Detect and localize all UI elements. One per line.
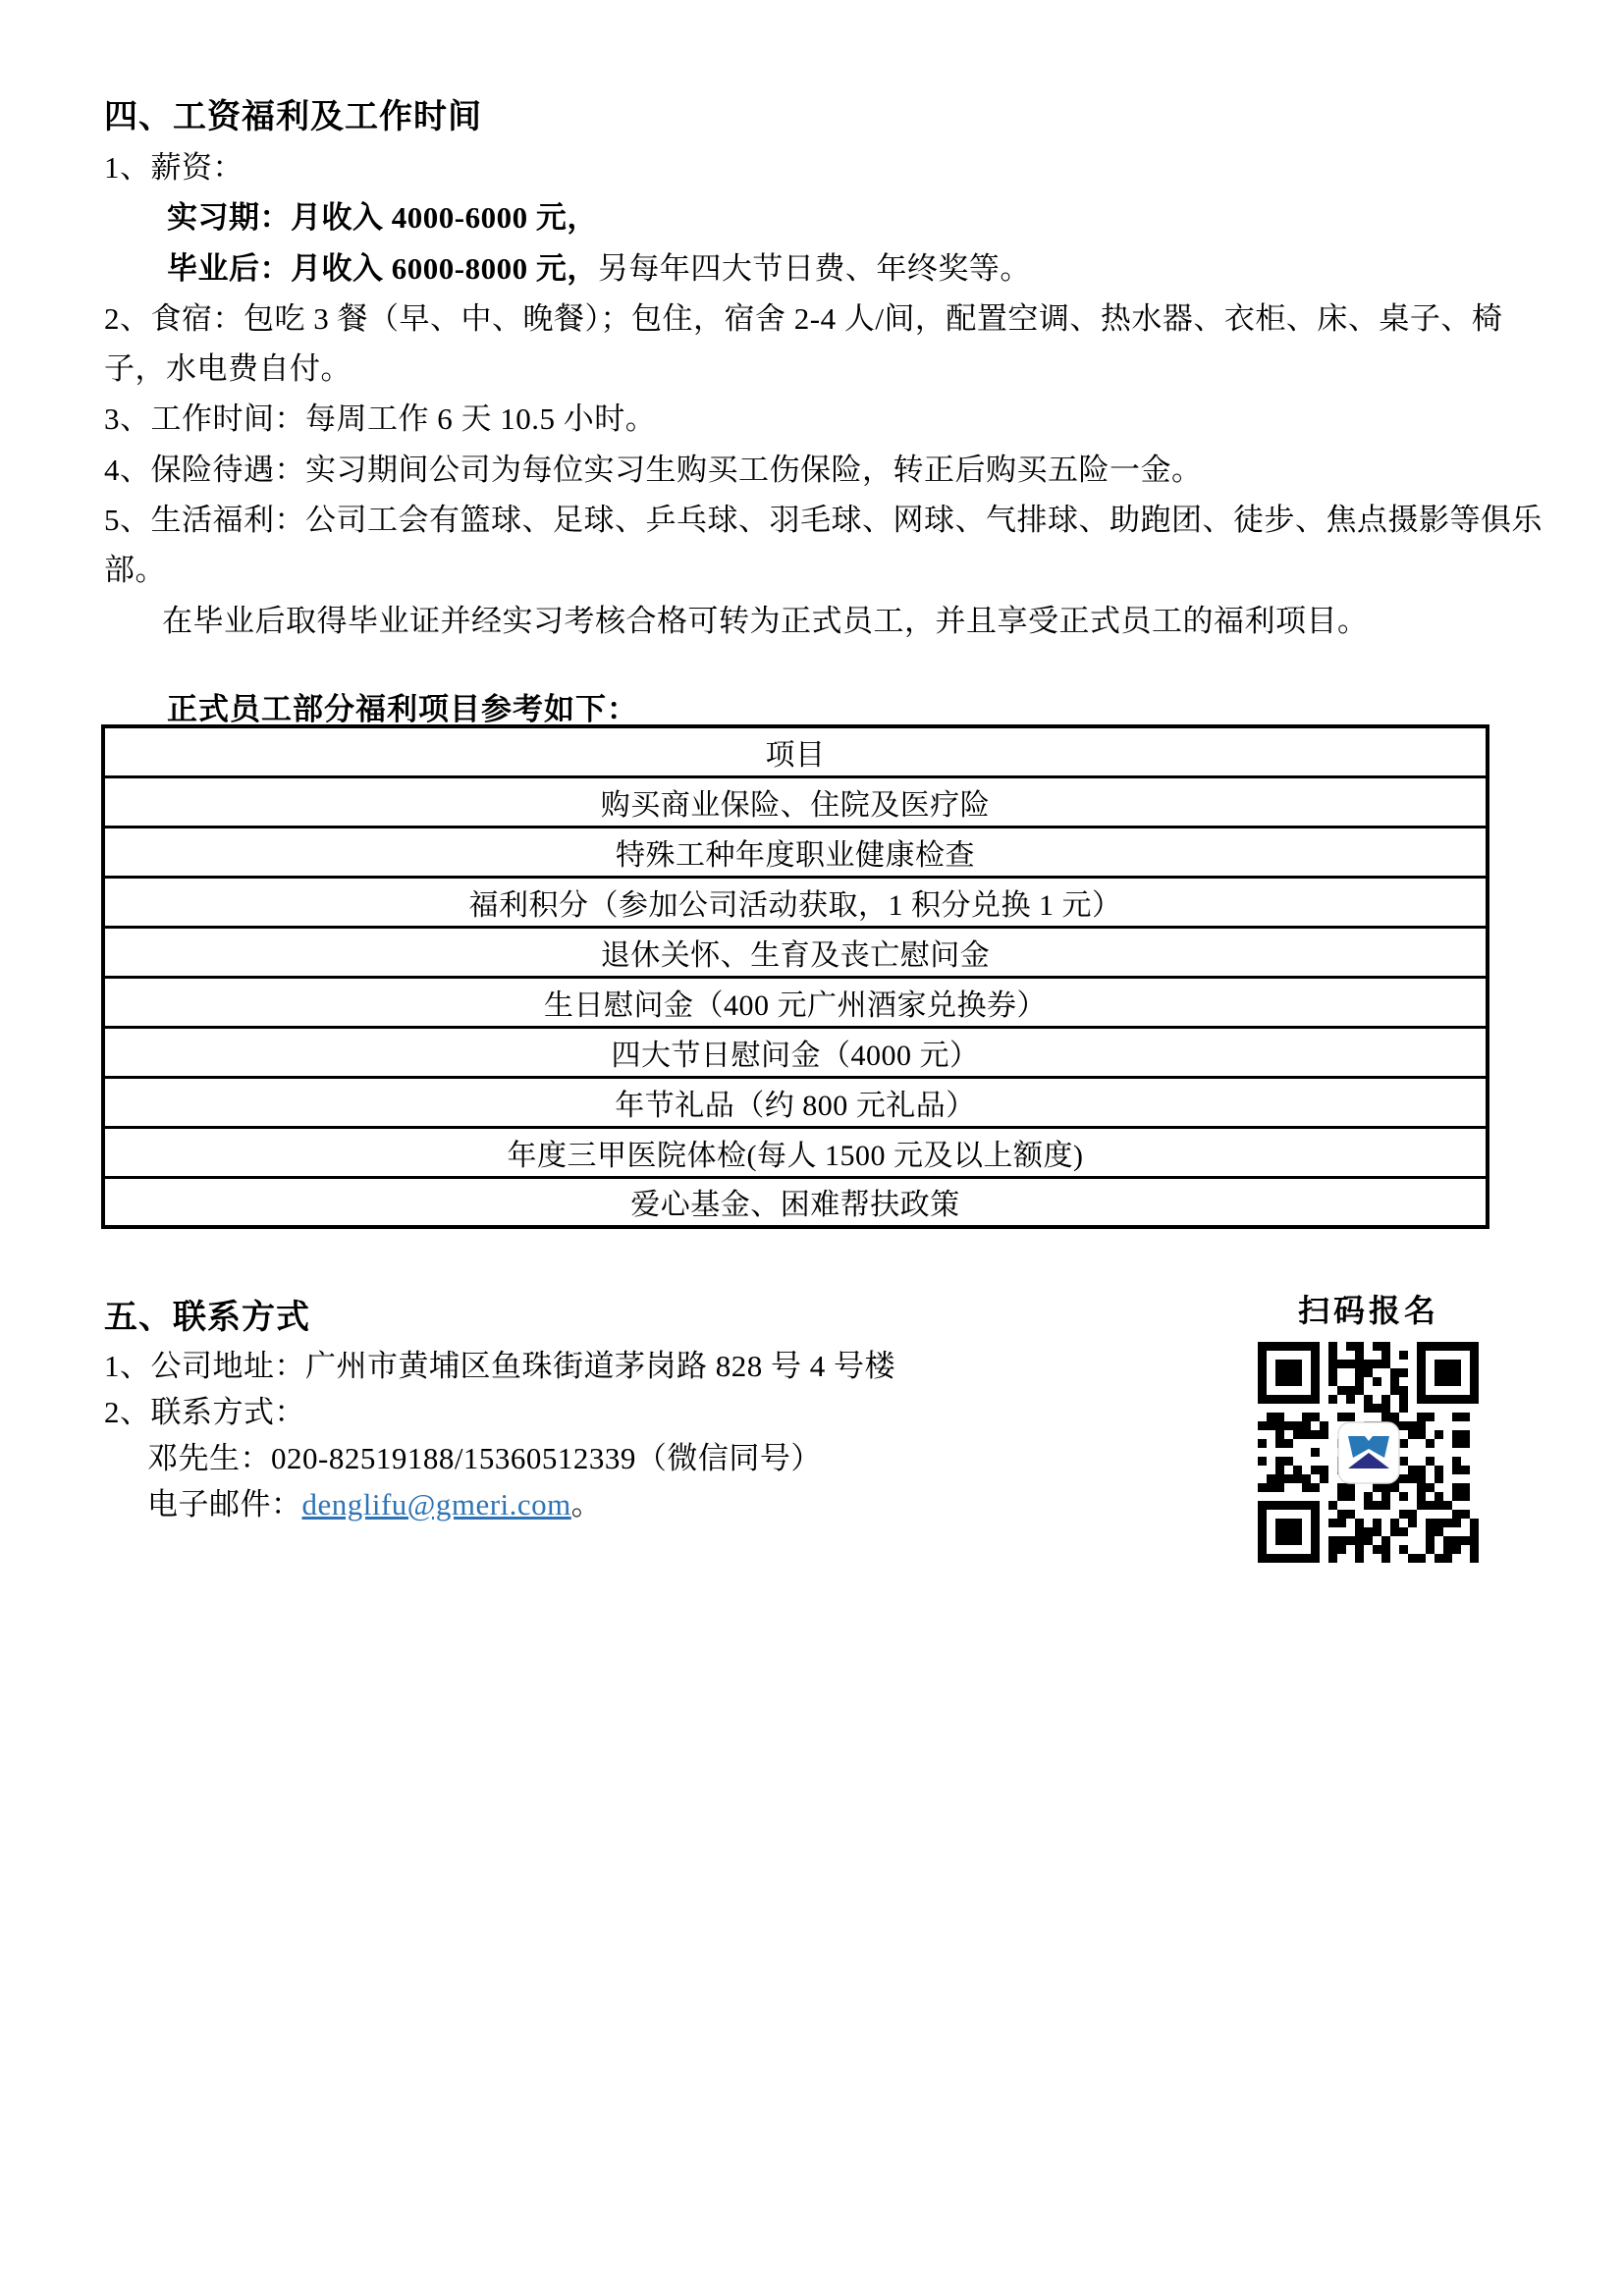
- table-row: 年节礼品（约 800 元礼品）: [103, 1077, 1488, 1127]
- benefits-table-caption: 正式员工部分福利项目参考如下：: [167, 684, 638, 728]
- table-cell: 购买商业保险、住院及医疗险: [103, 776, 1488, 827]
- section-benefits: 四、工资福利及工作时间 1、薪资： 实习期：月收入 4000-6000 元， 毕…: [104, 93, 1518, 646]
- qr-code: [1254, 1338, 1484, 1568]
- table-row: 福利积分（参加公司活动获取，1 积分兑换 1 元）: [103, 877, 1488, 927]
- table-row: 爱心基金、困难帮扶政策: [103, 1177, 1488, 1227]
- email-label: 电子邮件：: [147, 1487, 302, 1522]
- phone-line: 邓先生：020-82519188/15360512339（微信同号）: [104, 1435, 1184, 1481]
- graduate-salary-rest: 另每年四大节日费、年终奖等。: [598, 251, 1031, 286]
- table-row: 特殊工种年度职业健康检查: [103, 827, 1488, 877]
- qr-signup-block: 扫码报名: [1254, 1288, 1484, 1568]
- conversion-note: 在毕业后取得毕业证并经实习考核合格可转为正式员工，并且享受正式员工的福利项目。: [104, 596, 1518, 646]
- salary-label: 1、薪资：: [104, 142, 1518, 192]
- table-header-row: 项目: [103, 726, 1488, 776]
- qr-label: 扫码报名: [1254, 1288, 1484, 1333]
- life-welfare-line-2: 部。: [104, 545, 1518, 595]
- email-suffix: 。: [571, 1487, 603, 1522]
- graduate-salary-line: 毕业后：月收入 6000-8000 元，另每年四大节日费、年终奖等。: [104, 243, 1518, 294]
- table-cell: 年节礼品（约 800 元礼品）: [103, 1077, 1488, 1127]
- table-cell: 年度三甲医院体检(每人 1500 元及以上额度): [103, 1127, 1488, 1177]
- document-page: 四、工资福利及工作时间 1、薪资： 实习期：月收入 4000-6000 元， 毕…: [0, 0, 1624, 2296]
- section-contact-heading: 五、联系方式: [104, 1294, 1184, 1343]
- table-row: 四大节日慰问金（4000 元）: [103, 1027, 1488, 1077]
- table-row: 退休关怀、生育及丧亡慰问金: [103, 927, 1488, 977]
- section-contact: 五、联系方式 1、公司地址：广州市黄埔区鱼珠街道茅岗路 828 号 4 号楼 2…: [104, 1294, 1184, 1527]
- benefits-table: 项目 购买商业保险、住院及医疗险 特殊工种年度职业健康检查 福利积分（参加公司活…: [101, 724, 1489, 1229]
- board-line-2: 子，水电费自付。: [104, 344, 1518, 394]
- table-cell: 四大节日慰问金（4000 元）: [103, 1027, 1488, 1077]
- contact-method-label: 2、联系方式：: [104, 1389, 1184, 1435]
- company-address-line: 1、公司地址：广州市黄埔区鱼珠街道茅岗路 828 号 4 号楼: [104, 1343, 1184, 1389]
- board-line-1: 2、食宿：包吃 3 餐（早、中、晚餐）；包住，宿舍 2-4 人/间，配置空调、热…: [104, 294, 1518, 344]
- table-cell: 退休关怀、生育及丧亡慰问金: [103, 927, 1488, 977]
- table-cell: 福利积分（参加公司活动获取，1 积分兑换 1 元）: [103, 877, 1488, 927]
- table-cell: 生日慰问金（400 元广州酒家兑换券）: [103, 977, 1488, 1027]
- email-line: 电子邮件：denglifu@gmeri.com。: [104, 1481, 1184, 1527]
- intern-salary-line: 实习期：月收入 4000-6000 元，: [104, 192, 1518, 242]
- table-row: 购买商业保险、住院及医疗险: [103, 776, 1488, 827]
- insurance-line: 4、保险待遇：实习期间公司为每位实习生购买工伤保险，转正后购买五险一金。: [104, 445, 1518, 495]
- table-cell: 爱心基金、困难帮扶政策: [103, 1177, 1488, 1227]
- life-welfare-line-1: 5、生活福利：公司工会有篮球、足球、乒乓球、羽毛球、网球、气排球、助跑团、徒步、…: [104, 495, 1518, 545]
- table-row: 生日慰问金（400 元广州酒家兑换券）: [103, 977, 1488, 1027]
- table-row: 年度三甲医院体检(每人 1500 元及以上额度): [103, 1127, 1488, 1177]
- table-cell: 特殊工种年度职业健康检查: [103, 827, 1488, 877]
- section-benefits-heading: 四、工资福利及工作时间: [104, 93, 1518, 142]
- table-header-cell: 项目: [103, 726, 1488, 776]
- work-hours-line: 3、工作时间：每周工作 6 天 10.5 小时。: [104, 394, 1518, 444]
- graduate-salary-bold: 毕业后：月收入 6000-8000 元，: [167, 251, 598, 286]
- email-link[interactable]: denglifu@gmeri.com: [302, 1487, 571, 1522]
